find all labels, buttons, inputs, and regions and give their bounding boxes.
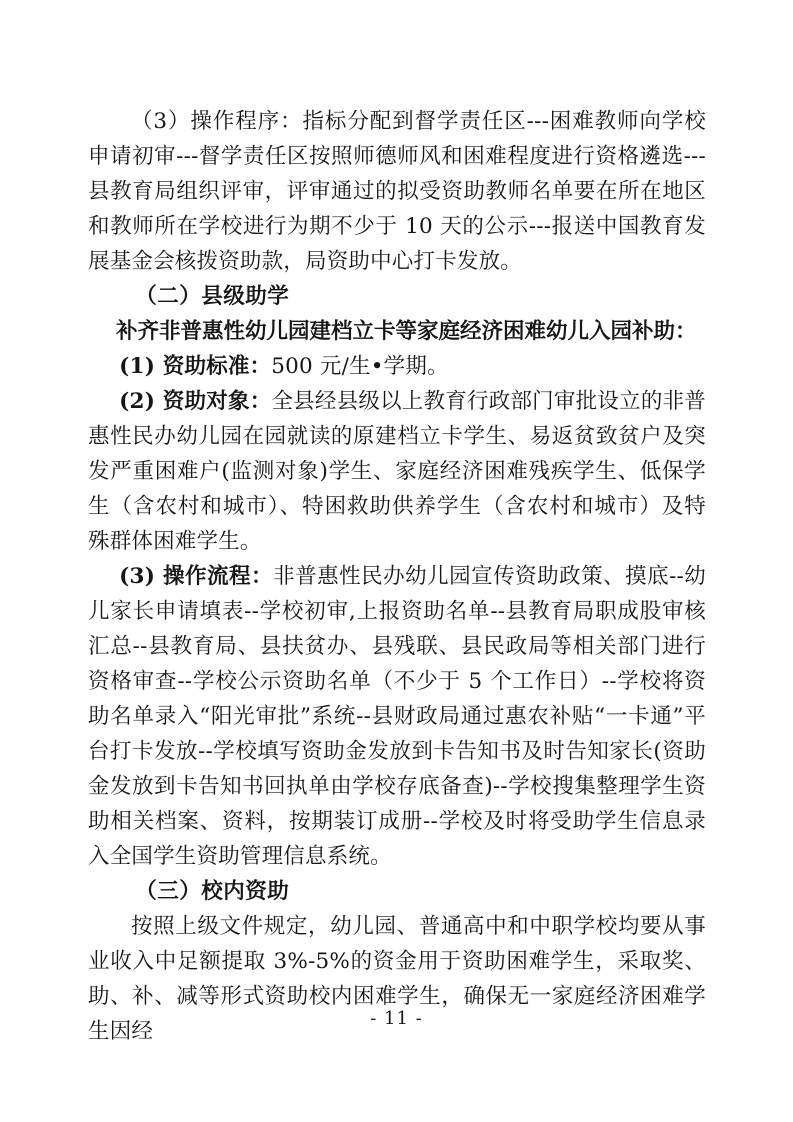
item-text-subsidy-standard: 500 元/生•学期。 (271, 354, 449, 379)
document-page: （3）操作程序：指标分配到督学责任区---困难教师向学校申请初审---督学责任区… (0, 0, 793, 1122)
item-label-subsidy-standard: (1) 资助标准： (119, 354, 271, 379)
paragraph-subsidy-intro: 补齐非普惠性幼儿园建档立卡等家庭经济困难幼儿入园补助： (88, 314, 706, 349)
page-number: - 11 - (0, 1008, 793, 1030)
paragraph-operation-procedure: （3）操作程序：指标分配到督学责任区---困难教师向学校申请初审---督学责任区… (88, 104, 706, 279)
list-item-subsidy-standard: (1) 资助标准：500 元/生•学期。 (88, 349, 706, 384)
section-heading-county-level-aid: （二）县级助学 (88, 279, 706, 314)
list-item-subsidy-target: (2) 资助对象：全县经县级以上教育行政部门审批设立的非普惠性民办幼儿园在园就读… (88, 384, 706, 559)
item-text-operation-flow: 非普惠性民办幼儿园宣传资助政策、摸底--幼儿家长申请填表--学校初审,上报资助名… (88, 564, 706, 869)
item-label-operation-flow: (3) 操作流程： (119, 564, 273, 589)
list-item-operation-flow: (3) 操作流程：非普惠性民办幼儿园宣传资助政策、摸底--幼儿家长申请填表--学… (88, 559, 706, 874)
section-heading-school-aid: （三）校内资助 (88, 874, 706, 909)
item-label-subsidy-target: (2) 资助对象： (119, 389, 271, 414)
document-body: （3）操作程序：指标分配到督学责任区---困难教师向学校申请初审---督学责任区… (88, 104, 706, 1049)
